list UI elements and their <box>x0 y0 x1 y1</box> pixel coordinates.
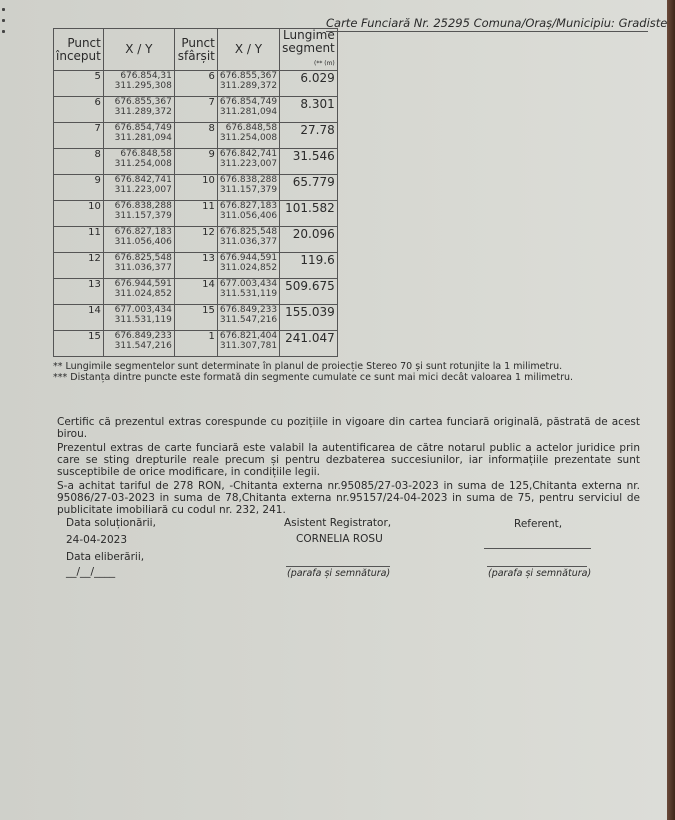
solution-date-label: Data soluționării, <box>66 517 156 529</box>
paragraph-fee: S-a achitat tariful de 278 RON, -Chitant… <box>57 480 640 516</box>
start-coordinates: 676.854,749311.281,094 <box>103 123 174 149</box>
segment-length: 155.039 <box>280 305 338 331</box>
end-coordinates: 676.838,288311.157,379 <box>217 175 279 201</box>
footnotes: ** Lungimile segmentelor sunt determinat… <box>53 361 573 383</box>
end-point: 1 <box>174 331 217 357</box>
start-coordinates: 676.855,367311.289,372 <box>103 97 174 123</box>
start-point: 6 <box>54 97 104 123</box>
start-coordinates: 676.842,741311.223,007 <box>103 175 174 201</box>
end-point: 11 <box>174 201 217 227</box>
table-row: 15676.849,233311.547,2161676.821,404311.… <box>54 331 338 357</box>
table-row: 10676.838,288311.157,37911676.827,183311… <box>54 201 338 227</box>
referent-line <box>484 548 591 549</box>
start-coordinates: 676.944,591311.024,852 <box>103 279 174 305</box>
start-point: 13 <box>54 279 104 305</box>
segment-length: 20.096 <box>280 227 338 253</box>
paper-specks <box>2 8 8 48</box>
end-point: 9 <box>174 149 217 175</box>
start-coordinates: 676.854,31311.295,308 <box>103 71 174 97</box>
start-coordinates: 676.825,548311.036,377 <box>103 253 174 279</box>
end-coordinates: 676.825,548311.036,377 <box>217 227 279 253</box>
certification-text: Certific că prezentul extras corespunde … <box>57 416 640 518</box>
table-edge <box>667 0 675 820</box>
referent-signature-caption: (parafa și semnătura) <box>488 568 591 579</box>
segment-length: 101.582 <box>280 201 338 227</box>
start-point: 8 <box>54 149 104 175</box>
end-point: 6 <box>174 71 217 97</box>
footnote-distance: *** Distanța dintre puncte este formată … <box>53 372 573 383</box>
end-coordinates: 676.842,741311.223,007 <box>217 149 279 175</box>
document-header: Carte Funciară Nr. 25295 Comuna/Oraș/Mun… <box>326 16 648 32</box>
assistant-registrar-name: CORNELIA ROSU <box>296 533 383 545</box>
segment-length: 6.029 <box>280 71 338 97</box>
end-point: 8 <box>174 123 217 149</box>
start-point: 12 <box>54 253 104 279</box>
table-row: 11676.827,183311.056,40612676.825,548311… <box>54 227 338 253</box>
assistant-signature-caption: (parafa și semnătura) <box>287 568 390 579</box>
end-coordinates: 676.821,404311.307,781 <box>217 331 279 357</box>
segment-length: 8.301 <box>280 97 338 123</box>
assistant-registrar-label: Asistent Registrator, <box>284 517 391 529</box>
segments-table: Punctînceput X / Y Punctsfârșit X / Y Lu… <box>53 28 338 357</box>
end-coordinates: 676.855,367311.289,372 <box>217 71 279 97</box>
assistant-signature-line <box>286 566 390 567</box>
segment-length: 27.78 <box>280 123 338 149</box>
header-xy-end: X / Y <box>217 29 279 71</box>
segment-length: 509.675 <box>280 279 338 305</box>
end-point: 7 <box>174 97 217 123</box>
start-point: 15 <box>54 331 104 357</box>
end-point: 12 <box>174 227 217 253</box>
table-row: 12676.825,548311.036,37713676.944,591311… <box>54 253 338 279</box>
segment-length: 119.6 <box>280 253 338 279</box>
release-date: __/__/____ <box>66 566 115 578</box>
table-header-row: Punctînceput X / Y Punctsfârșit X / Y Lu… <box>54 29 338 71</box>
paragraph-validity: Prezentul extras de carte funciară este … <box>57 442 640 478</box>
end-coordinates: 676.827,183311.056,406 <box>217 201 279 227</box>
segment-length: 241.047 <box>280 331 338 357</box>
referent-label: Referent, <box>514 518 562 530</box>
start-coordinates: 676.848,58311.254,008 <box>103 149 174 175</box>
header-length: Lungimesegment(** (m) <box>280 29 338 71</box>
header-start-point: Punctînceput <box>54 29 104 71</box>
header-end-point: Punctsfârșit <box>174 29 217 71</box>
table-row: 5676.854,31311.295,3086676.855,367311.28… <box>54 71 338 97</box>
start-coordinates: 676.849,233311.547,216 <box>103 331 174 357</box>
table-row: 8676.848,58311.254,0089676.842,741311.22… <box>54 149 338 175</box>
start-point: 9 <box>54 175 104 201</box>
table-row: 7676.854,749311.281,0948676.848,58311.25… <box>54 123 338 149</box>
end-point: 10 <box>174 175 217 201</box>
segment-length: 65.779 <box>280 175 338 201</box>
end-coordinates: 676.849,233311.547,216 <box>217 305 279 331</box>
header-xy-start: X / Y <box>103 29 174 71</box>
end-point: 14 <box>174 279 217 305</box>
table-row: 14677.003,434311.531,11915676.849,233311… <box>54 305 338 331</box>
start-coordinates: 676.827,183311.056,406 <box>103 227 174 253</box>
end-point: 15 <box>174 305 217 331</box>
end-coordinates: 676.848,58311.254,008 <box>217 123 279 149</box>
paragraph-certify: Certific că prezentul extras corespunde … <box>57 416 640 440</box>
table-row: 13676.944,591311.024,85214677.003,434311… <box>54 279 338 305</box>
start-coordinates: 676.838,288311.157,379 <box>103 201 174 227</box>
end-coordinates: 676.854,749311.281,094 <box>217 97 279 123</box>
segment-length: 31.546 <box>280 149 338 175</box>
solution-date: 24-04-2023 <box>66 534 127 546</box>
end-point: 13 <box>174 253 217 279</box>
table-row: 9676.842,741311.223,00710676.838,288311.… <box>54 175 338 201</box>
start-point: 11 <box>54 227 104 253</box>
end-coordinates: 677.003,434311.531,119 <box>217 279 279 305</box>
start-point: 7 <box>54 123 104 149</box>
document-page: Carte Funciară Nr. 25295 Comuna/Oraș/Mun… <box>0 0 668 820</box>
start-point: 14 <box>54 305 104 331</box>
referent-signature-line <box>487 566 587 567</box>
end-coordinates: 676.944,591311.024,852 <box>217 253 279 279</box>
start-point: 5 <box>54 71 104 97</box>
start-coordinates: 677.003,434311.531,119 <box>103 305 174 331</box>
table-row: 6676.855,367311.289,3727676.854,749311.2… <box>54 97 338 123</box>
start-point: 10 <box>54 201 104 227</box>
release-date-label: Data eliberării, <box>66 551 144 563</box>
footnote-length: ** Lungimile segmentelor sunt determinat… <box>53 361 573 372</box>
